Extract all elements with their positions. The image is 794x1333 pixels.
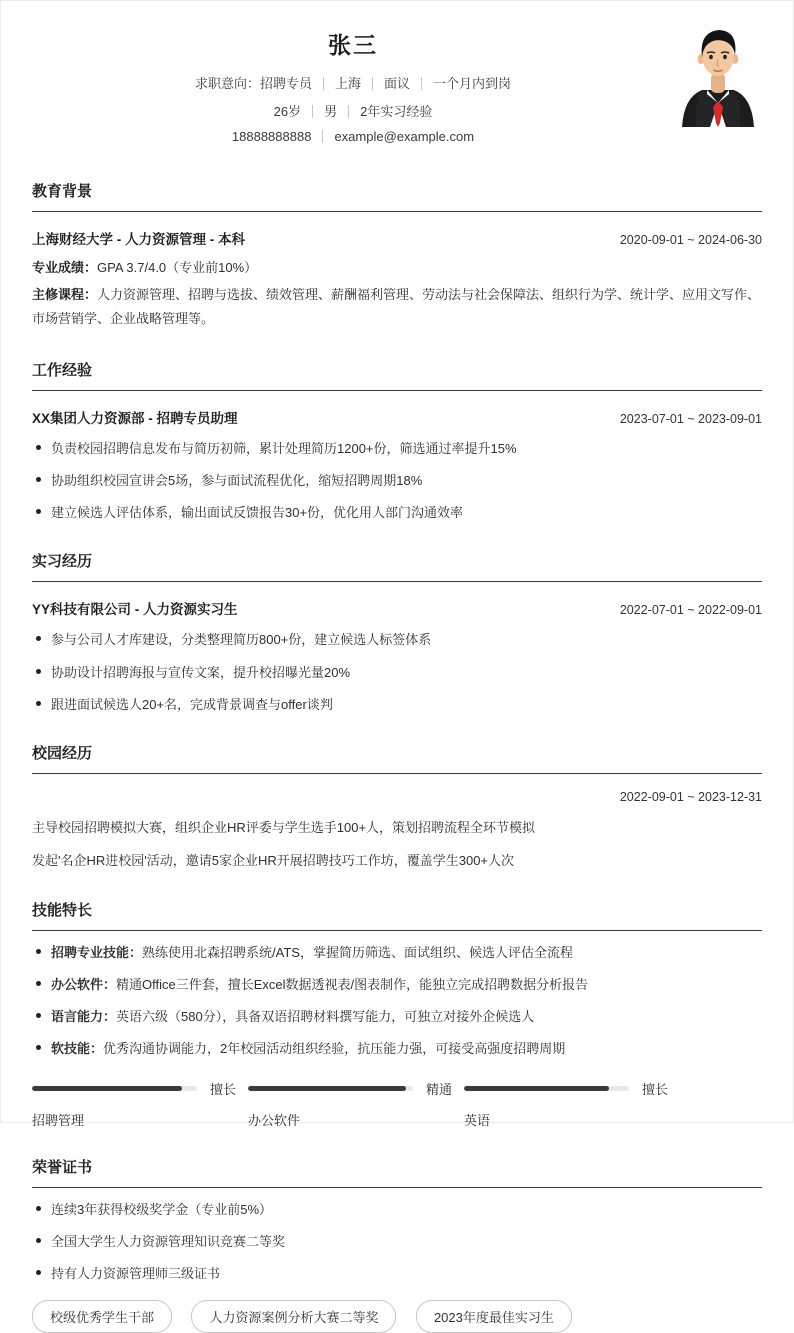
section-internship: 实习经历 YY科技有限公司 - 人力资源实习生 2022-07-01 ~ 202… bbox=[32, 550, 762, 714]
skill-bar-track bbox=[32, 1086, 197, 1091]
education-date: 2020-09-01 ~ 2024-06-30 bbox=[620, 233, 762, 247]
skill-item: 招聘专业技能：熟练使用北森招聘系统/ATS，掌握简历筛选、面试组织、候选人评估全… bbox=[32, 943, 762, 963]
section-honors: 荣誉证书 连续3年获得校级奖学金（专业前5%） 全国大学生人力资源管理知识竞赛二… bbox=[32, 1156, 762, 1333]
gpa-label: 专业成绩： bbox=[32, 260, 97, 275]
courses-label: 主修课程： bbox=[32, 287, 97, 302]
bullet-item: 持有人力资源管理师三级证书 bbox=[32, 1264, 762, 1284]
section-title: 教育背景 bbox=[32, 180, 762, 212]
skill-item-text: 英语六级（580分），具备双语招聘材料撰写能力，可独立对接外企候选人 bbox=[116, 1009, 534, 1024]
contact-line: 18888888888example@example.com bbox=[32, 129, 674, 144]
skill-level-label: 精通 bbox=[426, 1079, 452, 1098]
divider-bar bbox=[322, 130, 323, 143]
section-campus: 校园经历 2022-09-01 ~ 2023-12-31 主导校园招聘模拟大赛，… bbox=[32, 742, 762, 872]
divider-bar bbox=[312, 105, 313, 118]
candidate-name: 张三 bbox=[32, 27, 674, 60]
objective-item: 招聘专员 bbox=[260, 76, 312, 91]
bullet-item: 建立候选人评估体系，输出面试反馈报告30+份，优化用人部门沟通效率 bbox=[32, 503, 762, 523]
courses-row: 主修课程：人力资源管理、招聘与选拔、绩效管理、薪酬福利管理、劳动法与社会保障法、… bbox=[32, 283, 762, 332]
skill-bar: 擅长 招聘管理 bbox=[32, 1079, 248, 1129]
skill-item-text: 精通Office三件套，擅长Excel数据透视表/图表制作，能独立完成招聘数据分… bbox=[116, 977, 588, 992]
bullet-item: 负责校园招聘信息发布与简历初筛，累计处理简历1200+份，筛选通过率提升15% bbox=[32, 439, 762, 459]
basic-info-item: 2年实习经验 bbox=[360, 104, 432, 119]
bullet-item: 跟进面试候选人20+名，完成背景调查与offer谈判 bbox=[32, 695, 762, 715]
skill-bar-track bbox=[464, 1086, 629, 1091]
skill-bar-track bbox=[248, 1086, 413, 1091]
skill-item-label: 办公软件： bbox=[51, 977, 116, 992]
skill-bars-row: 擅长 招聘管理 精通 办公软件 擅长 英语 bbox=[32, 1079, 762, 1129]
skill-bar-line: 擅长 bbox=[464, 1079, 680, 1098]
avatar bbox=[674, 17, 762, 127]
header: 张三 求职意向：招聘专员上海面议一个月内到岗 26岁男2年实习经验 188888… bbox=[32, 15, 762, 153]
section-title: 校园经历 bbox=[32, 742, 762, 774]
courses-value: 人力资源管理、招聘与选拔、绩效管理、薪酬福利管理、劳动法与社会保障法、组织行为学… bbox=[32, 287, 760, 327]
objective-item: 上海 bbox=[335, 76, 361, 91]
skill-item: 办公软件：精通Office三件套，擅长Excel数据透视表/图表制作，能独立完成… bbox=[32, 975, 762, 995]
internship-entry-head: YY科技有限公司 - 人力资源实习生 2022-07-01 ~ 2022-09-… bbox=[32, 598, 762, 618]
campus-date: 2022-09-01 ~ 2023-12-31 bbox=[620, 790, 762, 804]
gpa-row: 专业成绩：GPA 3.7/4.0（专业前10%） bbox=[32, 256, 762, 281]
bullet-item: 参与公司人才库建设，分类整理简历800+份，建立候选人标签体系 bbox=[32, 630, 762, 650]
internship-date: 2022-07-01 ~ 2022-09-01 bbox=[620, 603, 762, 617]
objective-label: 求职意向： bbox=[195, 76, 260, 91]
skill-bar: 精通 办公软件 bbox=[248, 1079, 464, 1129]
bullet-item: 协助组织校园宣讲会5场，参与面试流程优化，缩短招聘周期18% bbox=[32, 471, 762, 491]
skill-bar-line: 擅长 bbox=[32, 1079, 248, 1098]
campus-line: 主导校园招聘模拟大赛，组织企业HR评委与学生选手100+人，策划招聘流程全环节模… bbox=[32, 818, 762, 839]
basic-info-item: 男 bbox=[324, 104, 337, 119]
resume-page: 张三 求职意向：招聘专员上海面议一个月内到岗 26岁男2年实习经验 188888… bbox=[0, 0, 794, 1123]
section-title: 荣誉证书 bbox=[32, 1156, 762, 1188]
skill-bar-fill bbox=[32, 1086, 182, 1091]
skill-bar-name: 办公软件 bbox=[248, 1110, 464, 1129]
skill-bar-fill bbox=[248, 1086, 406, 1091]
company-heading: XX集团人力资源部 - 招聘专员助理 bbox=[32, 407, 238, 427]
email-address: example@example.com bbox=[334, 129, 474, 144]
bullet-item: 连续3年获得校级奖学金（专业前5%） bbox=[32, 1200, 762, 1220]
section-education: 教育背景 上海财经大学 - 人力资源管理 - 本科 2020-09-01 ~ 2… bbox=[32, 180, 762, 332]
header-text-block: 张三 求职意向：招聘专员上海面议一个月内到岗 26岁男2年实习经验 188888… bbox=[32, 15, 674, 153]
objective-item: 一个月内到岗 bbox=[433, 76, 511, 91]
honor-tag: 2023年度最佳实习生 bbox=[416, 1300, 572, 1333]
skills-bullet-list: 招聘专业技能：熟练使用北森招聘系统/ATS，掌握简历筛选、面试组织、候选人评估全… bbox=[32, 943, 762, 1060]
phone-number: 18888888888 bbox=[232, 129, 312, 144]
education-entry-head: 上海财经大学 - 人力资源管理 - 本科 2020-09-01 ~ 2024-0… bbox=[32, 228, 762, 248]
objective-item: 面议 bbox=[384, 76, 410, 91]
skill-item: 语言能力：英语六级（580分），具备双语招聘材料撰写能力，可独立对接外企候选人 bbox=[32, 1007, 762, 1027]
internship-heading: YY科技有限公司 - 人力资源实习生 bbox=[32, 598, 238, 618]
skill-bar: 擅长 英语 bbox=[464, 1079, 680, 1129]
skill-item-text: 熟练使用北森招聘系统/ATS，掌握简历筛选、面试组织、候选人评估全流程 bbox=[142, 945, 573, 960]
bullet-item: 全国大学生人力资源管理知识竞赛二等奖 bbox=[32, 1232, 762, 1252]
skill-bar-fill bbox=[464, 1086, 609, 1091]
honor-tag: 人力资源案例分析大赛二等奖 bbox=[191, 1300, 396, 1333]
honor-tags-row: 校级优秀学生干部 人力资源案例分析大赛二等奖 2023年度最佳实习生 bbox=[32, 1300, 762, 1333]
school-heading: 上海财经大学 - 人力资源管理 - 本科 bbox=[32, 228, 245, 248]
section-work: 工作经验 XX集团人力资源部 - 招聘专员助理 2023-07-01 ~ 202… bbox=[32, 359, 762, 523]
campus-entry-head: 2022-09-01 ~ 2023-12-31 bbox=[32, 790, 762, 804]
skill-item-label: 语言能力： bbox=[51, 1009, 116, 1024]
honors-bullet-list: 连续3年获得校级奖学金（专业前5%） 全国大学生人力资源管理知识竞赛二等奖 持有… bbox=[32, 1200, 762, 1284]
basic-info-line: 26岁男2年实习经验 bbox=[32, 101, 674, 120]
skill-item-text: 优秀沟通协调能力，2年校园活动组织经验，抗压能力强，可接受高强度招聘周期 bbox=[103, 1041, 565, 1056]
skill-item-label: 软技能： bbox=[51, 1041, 103, 1056]
gpa-value: GPA 3.7/4.0（专业前10%） bbox=[97, 260, 257, 275]
section-skills: 技能特长 招聘专业技能：熟练使用北森招聘系统/ATS，掌握简历筛选、面试组织、候… bbox=[32, 899, 762, 1130]
basic-info-item: 26岁 bbox=[274, 104, 301, 119]
skill-level-label: 擅长 bbox=[210, 1079, 236, 1098]
divider-bar bbox=[323, 77, 324, 90]
bullet-item: 协助设计招聘海报与宣传文案，提升校招曝光量20% bbox=[32, 663, 762, 683]
campus-line: 发起'名企HR进校园'活动，邀请5家企业HR开展招聘技巧工作坊，覆盖学生300+… bbox=[32, 851, 762, 872]
skill-bar-name: 招聘管理 bbox=[32, 1110, 248, 1129]
skill-bar-line: 精通 bbox=[248, 1079, 464, 1098]
internship-bullet-list: 参与公司人才库建设，分类整理简历800+份，建立候选人标签体系 协助设计招聘海报… bbox=[32, 630, 762, 714]
skill-level-label: 擅长 bbox=[642, 1079, 668, 1098]
section-title: 实习经历 bbox=[32, 550, 762, 582]
avatar-illustration bbox=[674, 17, 762, 127]
divider-bar bbox=[372, 77, 373, 90]
skill-bar-name: 英语 bbox=[464, 1110, 680, 1129]
section-title: 工作经验 bbox=[32, 359, 762, 391]
section-title: 技能特长 bbox=[32, 899, 762, 931]
divider-bar bbox=[421, 77, 422, 90]
work-entry-head: XX集团人力资源部 - 招聘专员助理 2023-07-01 ~ 2023-09-… bbox=[32, 407, 762, 427]
divider-bar bbox=[348, 105, 349, 118]
objective-line: 求职意向：招聘专员上海面议一个月内到岗 bbox=[32, 73, 674, 92]
skill-item-label: 招聘专业技能： bbox=[51, 945, 142, 960]
work-date: 2023-07-01 ~ 2023-09-01 bbox=[620, 412, 762, 426]
honor-tag: 校级优秀学生干部 bbox=[32, 1300, 172, 1333]
work-bullet-list: 负责校园招聘信息发布与简历初筛，累计处理简历1200+份，筛选通过率提升15% … bbox=[32, 439, 762, 523]
skill-item: 软技能：优秀沟通协调能力，2年校园活动组织经验，抗压能力强，可接受高强度招聘周期 bbox=[32, 1039, 762, 1059]
